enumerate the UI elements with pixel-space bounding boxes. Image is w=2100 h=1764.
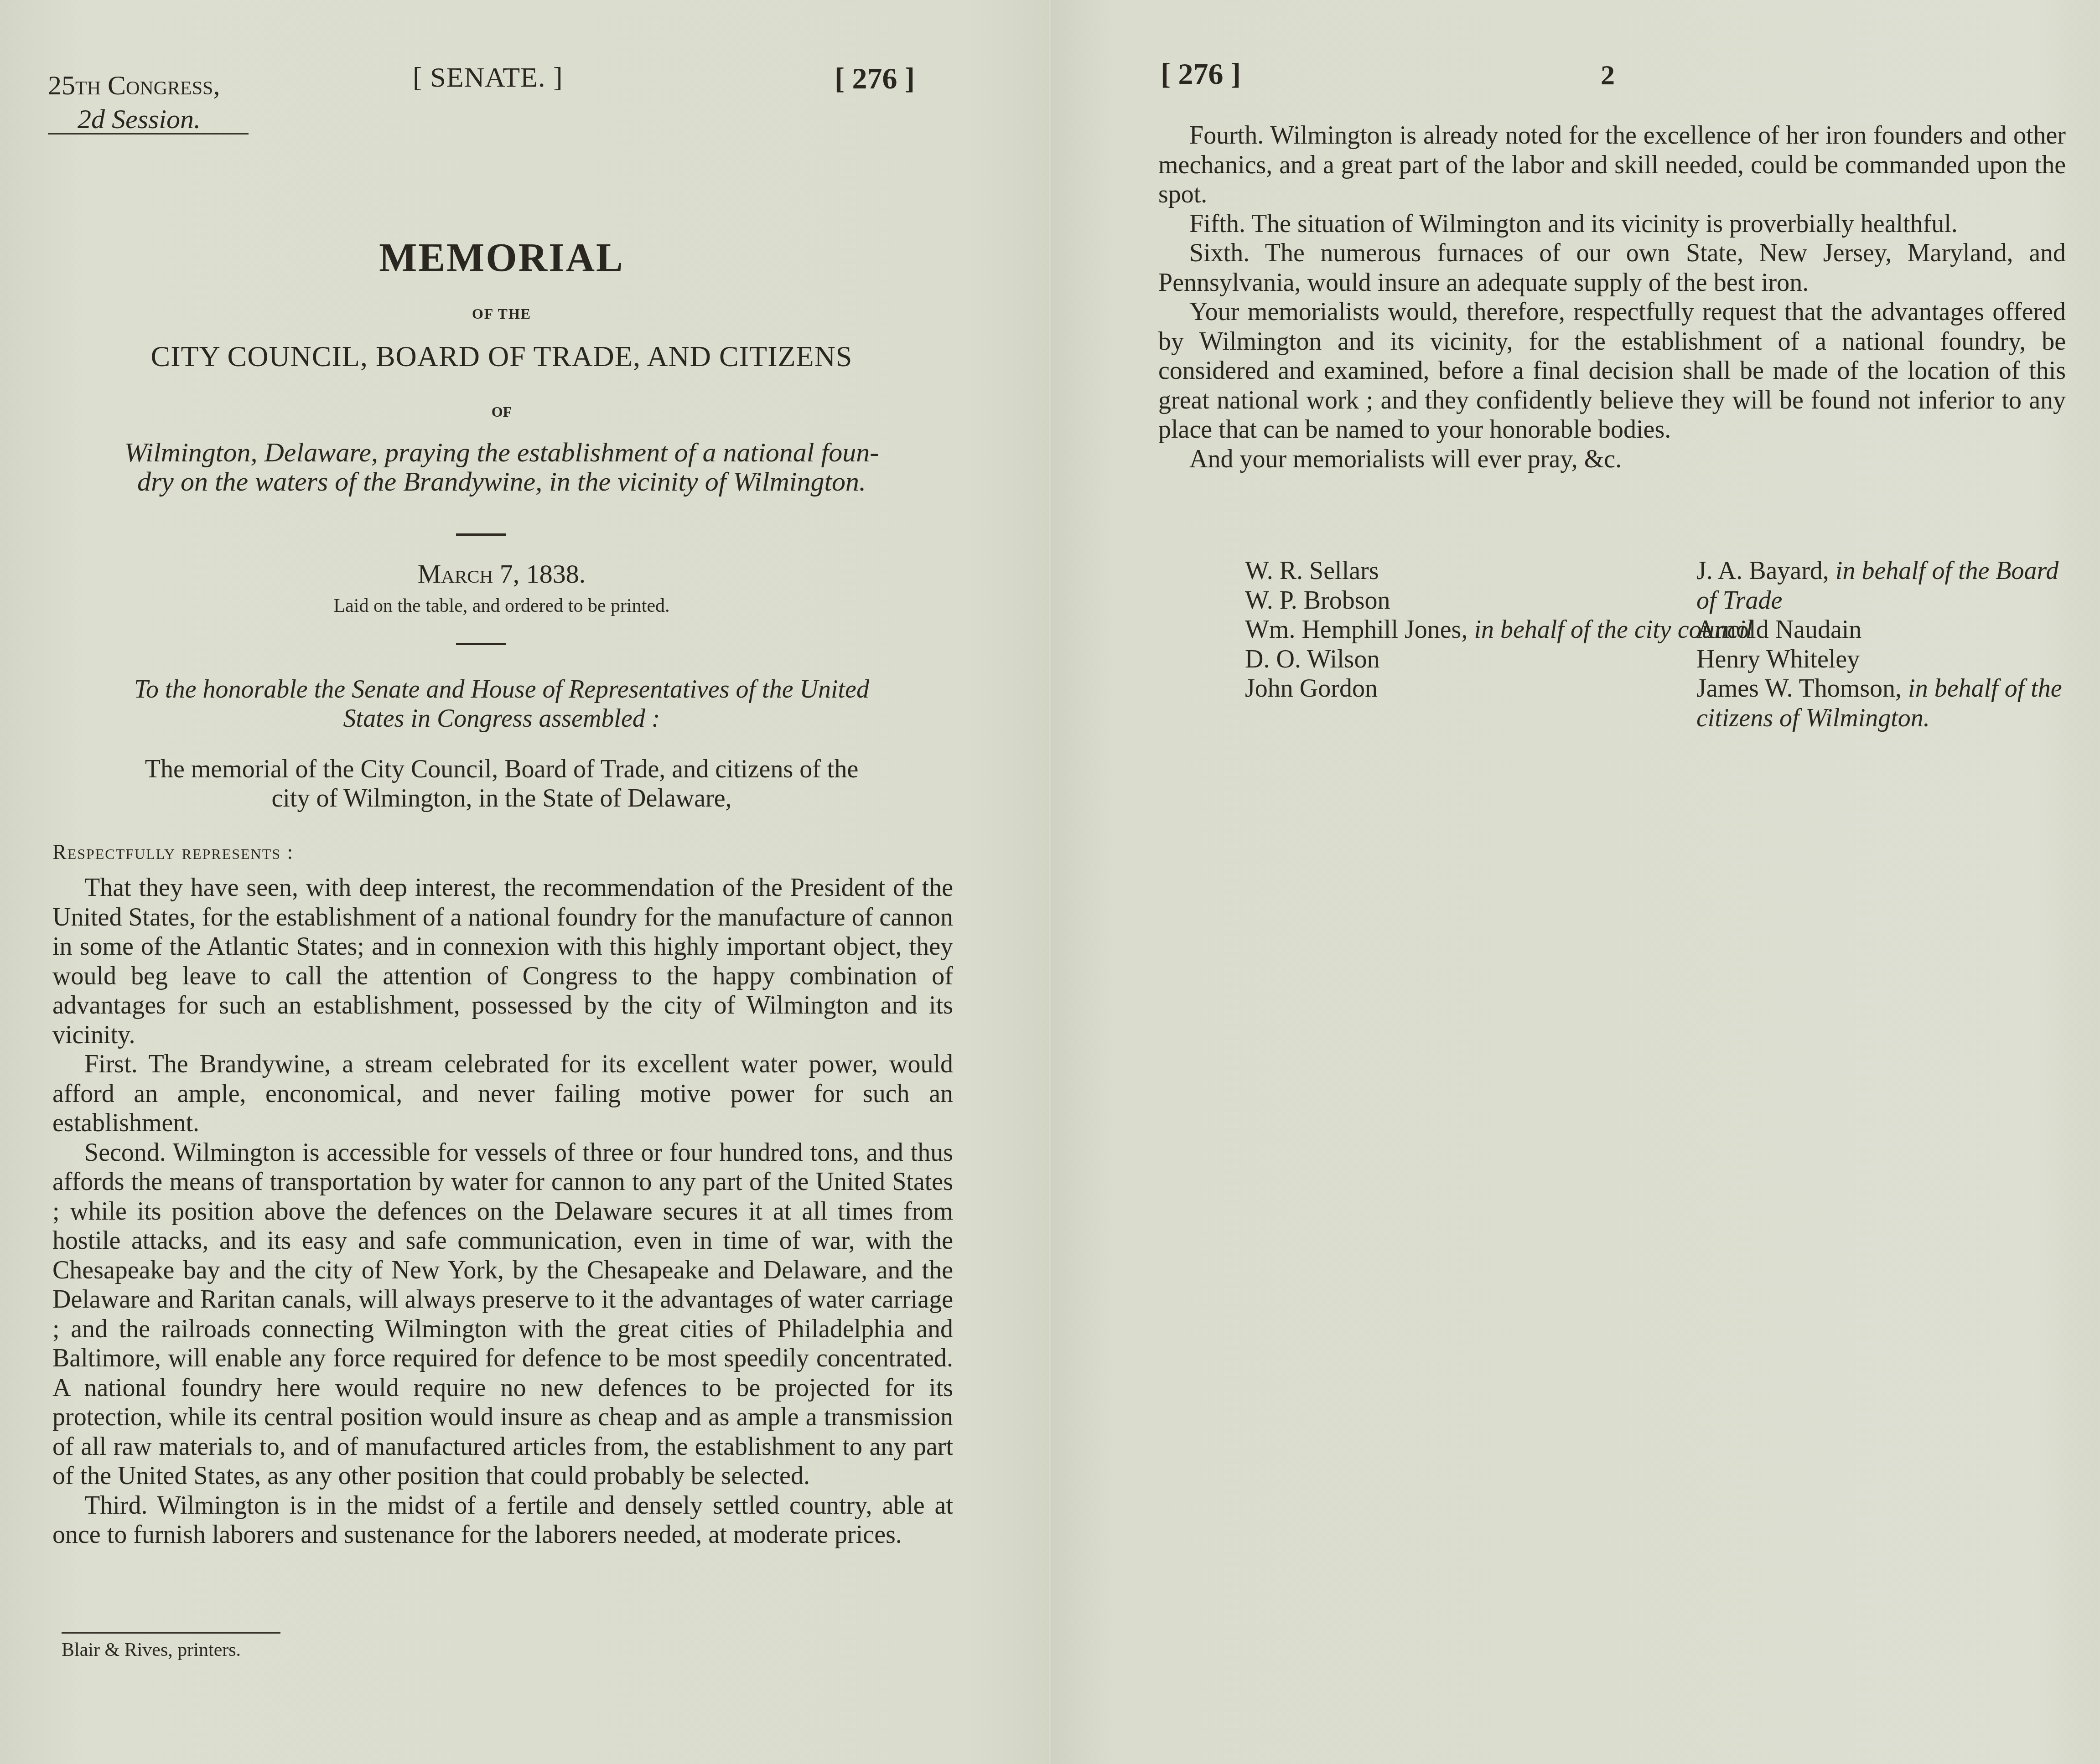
section-rule	[456, 533, 506, 536]
signer-name: Wm. Hemphill Jones,	[1245, 616, 1467, 644]
left-page: 25th Congress, 2d Session. [ SENATE. ] […	[0, 0, 1050, 1764]
signer-name: Henry Whiteley	[1696, 645, 1860, 673]
footer-rule	[62, 1632, 280, 1634]
signer: W. P. Brobson	[1245, 586, 1753, 616]
left-body-text: That they have seen, with deep interest,…	[52, 873, 953, 1550]
respectfully-represents: Respectfully represents :	[52, 840, 294, 864]
memorial-intro-line1: The memorial of the City Council, Board …	[46, 755, 958, 784]
signer-name: Arnold Naudain	[1696, 616, 1861, 644]
title-subject: Wilmington, Delaware, praying the establ…	[46, 438, 958, 496]
page-gutter	[1048, 0, 1052, 1764]
paragraph-sixth: Sixth. The numerous furnaces of our own …	[1158, 238, 2066, 297]
paragraph-fifth: Fifth. The situation of Wilmington and i…	[1158, 209, 2066, 239]
title-memorial: MEMORIAL	[46, 235, 958, 281]
signer: Arnold Naudain	[1696, 615, 2079, 645]
session-label: 2d Session.	[48, 102, 220, 136]
paragraph-closing: And your memorialists will ever pray, &c…	[1158, 445, 2066, 474]
title-bodies: CITY COUNCIL, BOARD OF TRADE, AND CITIZE…	[46, 340, 958, 373]
signer: John Gordon	[1245, 674, 1753, 704]
date: March 7, 1838.	[46, 559, 958, 589]
signers-right-column: J. A. Bayard, in behalf of the Board of …	[1696, 556, 2079, 733]
section-rule	[456, 643, 506, 645]
right-document-number: [ 276 ]	[1161, 57, 1241, 92]
paragraph-fourth: Fourth. Wilmington is already noted for …	[1158, 121, 2066, 209]
paragraph-first: First. The Brandywine, a stream celebrat…	[52, 1050, 953, 1138]
address-line2: States in Congress assembled :	[46, 704, 958, 733]
signer: Wm. Hemphill Jones, in behalf of the cit…	[1245, 615, 1753, 645]
signer: James W. Thomson, in behalf of the citiz…	[1696, 674, 2079, 733]
date-text: March 7, 1838.	[418, 559, 586, 589]
paragraph-intro: That they have seen, with deep interest,…	[52, 873, 953, 1050]
signer: Henry Whiteley	[1696, 645, 2079, 674]
paragraph-second: Second. Wilmington is accessible for ves…	[52, 1138, 953, 1491]
signer-name: J. A. Bayard,	[1696, 557, 1829, 585]
signer-name: D. O. Wilson	[1245, 645, 1379, 673]
signer-name: W. R. Sellars	[1245, 557, 1379, 585]
title-subject-line1: Wilmington, Delaware, praying the establ…	[46, 438, 958, 467]
chamber-label: [ SENATE. ]	[413, 62, 563, 94]
paragraph-request: Your memorialists would, therefore, resp…	[1158, 297, 2066, 445]
printers-imprint: Blair & Rives, printers.	[62, 1639, 241, 1661]
signer-name: W. P. Brobson	[1245, 586, 1390, 615]
signer-name: James W. Thomson,	[1696, 674, 1902, 703]
signer: W. R. Sellars	[1245, 556, 1753, 586]
header-rule	[48, 133, 249, 134]
congress-session-header: 25th Congress, 2d Session.	[48, 68, 220, 136]
title-subject-line2: dry on the waters of the Brandywine, in …	[46, 467, 958, 496]
page-number: 2	[1601, 59, 1615, 92]
title-of-the: OF THE	[46, 305, 958, 322]
right-body-text: Fourth. Wilmington is already noted for …	[1158, 121, 2066, 474]
address: To the honorable the Senate and House of…	[46, 675, 958, 733]
ordered-note: Laid on the table, and ordered to be pri…	[46, 595, 958, 617]
signers-left-column: W. R. Sellars W. P. Brobson Wm. Hemphill…	[1245, 556, 1753, 704]
paragraph-third: Third. Wilmington is in the midst of a f…	[52, 1491, 953, 1550]
congress-label: 25th Congress,	[48, 70, 220, 100]
document-number: [ 276 ]	[835, 62, 915, 96]
address-line1: To the honorable the Senate and House of…	[46, 675, 958, 704]
memorial-intro: The memorial of the City Council, Board …	[46, 755, 958, 813]
signer-name: John Gordon	[1245, 674, 1378, 703]
title-of: OF	[46, 403, 958, 420]
signer: D. O. Wilson	[1245, 645, 1753, 674]
memorial-intro-line2: city of Wilmington, in the State of Dela…	[46, 784, 958, 813]
signer: J. A. Bayard, in behalf of the Board of …	[1696, 556, 2079, 615]
